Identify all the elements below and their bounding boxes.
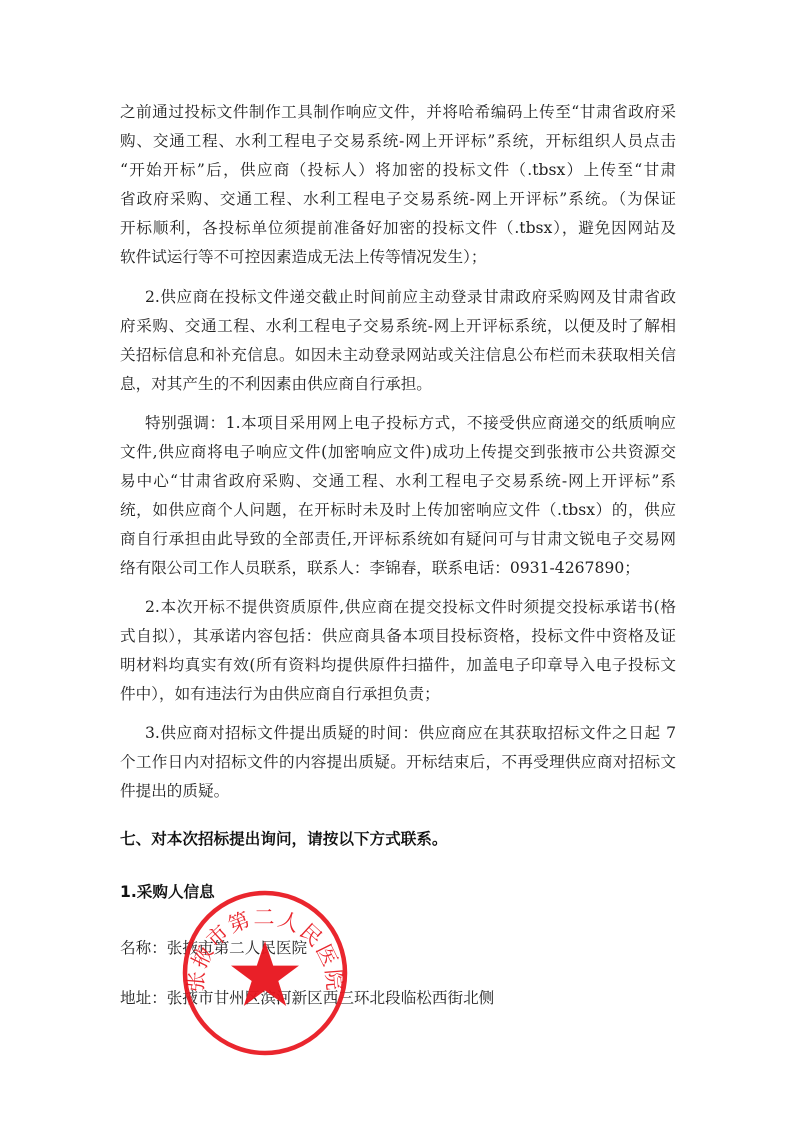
paragraph-line: 件中），如有违法行为由供应商自行承担负责； [120, 683, 676, 705]
paragraph-line: 之前通过投标文件制作工具制作响应文件，并将哈希编码上传至“甘肃省政府采 [120, 101, 676, 123]
paragraph-line: 关招标信息和补充信息。如因未主动登录网站或关注信息公布栏而未获取相关信 [120, 344, 676, 366]
paragraph-line: 文件,供应商将电子响应文件(加密响应文件)成功上传提交到张掖市公共资源交 [120, 441, 676, 463]
purchaser-heading: 1.采购人信息 [120, 881, 215, 903]
purchaser-name-value: 张掖市第二人民医院 [167, 939, 307, 957]
paragraph-line: 2.本次开标不提供资质原件,供应商在提交投标文件时须提交投标承诺书(格 [145, 596, 676, 618]
paragraph-line: 软件试运行等不可控因素造成无法上传等情况发生）； [120, 246, 676, 268]
paragraph-line: 3.供应商对招标文件提出质疑的时间：供应商应在其获取招标文件之日起 7 [145, 722, 676, 744]
paragraph-line: 明材料均真实有效(所有资料均提供原件扫描件，加盖电子印章导入电子投标文 [120, 654, 676, 676]
paragraph-line: 式自拟），其承诺内容包括：供应商具备本项目投标资格，投标文件中资格及证 [120, 625, 676, 647]
paragraph-line: 统，如供应商个人问题，在开标时未及时上传加密响应文件（.tbsx）的，供应 [120, 499, 676, 521]
paragraph-line: 络有限公司工作人员联系，联系人：李锦春，联系电话：0931-4267890； [120, 557, 676, 579]
document-page: 之前通过投标文件制作工具制作响应文件，并将哈希编码上传至“甘肃省政府采 购、交通… [0, 0, 793, 1122]
paragraph-line: 购、交通工程、水利工程电子交易系统-网上开评标”系统，开标组织人员点击 [120, 130, 676, 152]
paragraph-line: 个工作日内对招标文件的内容提出质疑。开标结束后，不再受理供应商对招标文 [120, 751, 676, 773]
purchaser-address-label: 地址： [120, 989, 167, 1007]
paragraph-line: 省政府采购、交通工程、水利工程电子交易系统-网上开评标”系统。（为保证 [120, 188, 676, 210]
purchaser-name-label: 名称： [120, 939, 167, 957]
purchaser-name-row: 名称：张掖市第二人民医院 [120, 937, 676, 959]
paragraph-line: 开标顺利，各投标单位须提前准备好加密的投标文件（.tbsx），避免因网站及 [120, 217, 676, 239]
purchaser-address-value: 张掖市甘州区滨河新区西三环北段临松西街北侧 [167, 989, 494, 1007]
purchaser-address-row: 地址：张掖市甘州区滨河新区西三环北段临松西街北侧 [120, 987, 676, 1009]
paragraph-line: 件提出的质疑。 [120, 780, 676, 802]
paragraph-line: 府采购、交通工程、水利工程电子交易系统-网上开评标系统，以便及时了解相 [120, 315, 676, 337]
paragraph-line: 易中心“甘肃省政府采购、交通工程、水利工程电子交易系统-网上开评标”系 [120, 470, 676, 492]
official-seal-stamp-icon: 张掖市第二人民医院 [181, 889, 349, 1057]
paragraph-line: 商自行承担由此导致的全部责任,开评标系统如有疑问可与甘肃文锐电子交易网 [120, 528, 676, 550]
paragraph-line: 2.供应商在投标文件递交截止时间前应主动登录甘肃政府采购网及甘肃省政 [145, 286, 676, 308]
section-heading: 七、对本次招标提出询问，请按以下方式联系。 [120, 828, 447, 850]
paragraph-line: “开始开标”后，供应商（投标人）将加密的投标文件（.tbsx）上传至“甘肃 [120, 159, 676, 181]
paragraph-line: 特别强调：1.本项目采用网上电子投标方式，不接受供应商递交的纸质响应 [145, 412, 676, 434]
paragraph-line: 息，对其产生的不利因素由供应商自行承担。 [120, 373, 676, 395]
